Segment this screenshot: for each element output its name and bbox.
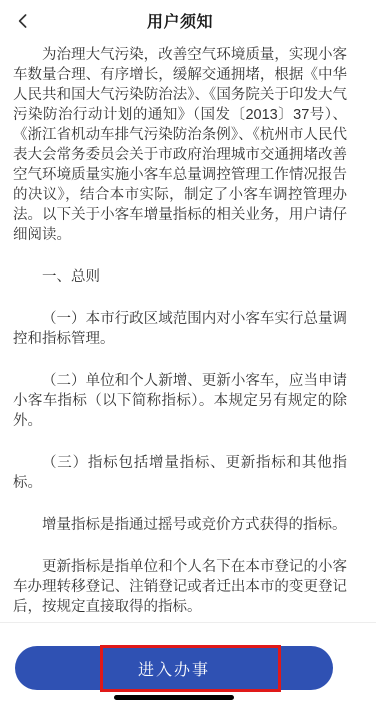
notice-paragraph: 增量指标是指通过摇号或竞价方式获得的指标。	[13, 515, 347, 535]
notice-paragraph-intro: 为治理大气污染，改善空气环境质量，实现小客车数量合理、有序增长，缓解交通拥堵，根…	[13, 45, 347, 245]
user-notice-page: 用户须知 为治理大气污染，改善空气环境质量，实现小客车数量合理、有序增长，缓解交…	[0, 0, 376, 706]
navbar: 用户须知	[0, 0, 376, 40]
notice-section-heading: 一、总则	[13, 267, 347, 287]
home-indicator	[114, 695, 234, 700]
page-title: 用户须知	[147, 9, 213, 32]
notice-paragraph: （二）单位和个人新增、更新小客车，应当申请小客车指标（以下简称指标）。本规定另有…	[13, 371, 347, 431]
chevron-left-icon	[14, 12, 32, 30]
notice-paragraph: 更新指标是指单位和个人名下在本市登记的小客车办理转移登记、注销登记或者迁出本市的…	[13, 557, 347, 617]
footer-bar: 进入办事	[0, 622, 376, 706]
notice-content: 为治理大气污染，改善空气环境质量，实现小客车数量合理、有序增长，缓解交通拥堵，根…	[0, 40, 376, 617]
enter-service-button[interactable]: 进入办事	[15, 646, 333, 690]
back-button[interactable]	[11, 9, 35, 33]
notice-paragraph: （一）本市行政区域范围内对小客车实行总量调控和指标管理。	[13, 309, 347, 349]
notice-paragraph: （三）指标包括增量指标、更新指标和其他指标。	[13, 453, 347, 493]
